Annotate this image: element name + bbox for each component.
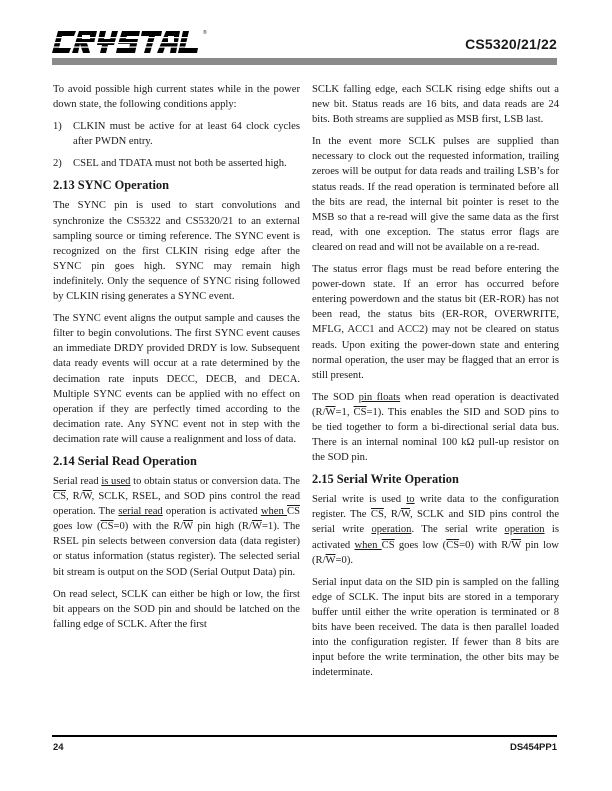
page-number: 24	[53, 742, 64, 753]
underlined-text: to	[406, 494, 414, 505]
cs-bar-signal: CS	[382, 540, 395, 551]
sync-paragraph-2: The SYNC event aligns the output sample …	[53, 311, 300, 447]
underlined-text: serial read	[118, 506, 162, 517]
w-bar-signal: W	[252, 521, 262, 532]
text-run: . The serial write	[411, 524, 504, 535]
cs-bar-signal: CS	[371, 509, 384, 520]
crystal-logo	[52, 31, 202, 53]
underlined-text: operation	[505, 524, 545, 535]
header-divider	[52, 58, 557, 65]
text-run: , R/	[384, 509, 401, 520]
serial-read-paragraph-2: On read select, SCLK can either be high …	[53, 587, 300, 632]
document-title: CS5320/21/22	[465, 36, 557, 52]
footer-divider	[52, 735, 557, 737]
text-run: The SOD	[312, 392, 359, 403]
list-item: 1) CLKIN must be active for at least 64 …	[53, 119, 300, 149]
serial-read-paragraph-5: The status error flags must be read befo…	[312, 262, 559, 383]
list-item: 2) CSEL and TDATA must not both be asser…	[53, 156, 300, 171]
intro-paragraph: To avoid possible high current states wh…	[53, 82, 300, 112]
underlined-text: when	[261, 506, 287, 517]
serial-read-paragraph-1: Serial read is used to obtain status or …	[53, 474, 300, 580]
list-number: 2)	[53, 156, 73, 171]
text-run: , R/	[66, 491, 83, 502]
page-header: ® CS5320/21/22	[52, 28, 557, 68]
w-bar-signal: W	[326, 555, 336, 566]
text-run: operation is activated	[163, 506, 261, 517]
text-run: Serial read	[53, 476, 101, 487]
serial-write-paragraph-2: Serial input data on the SID pin is samp…	[312, 575, 559, 681]
section-heading-serial-read: 2.14 Serial Read Operation	[53, 454, 300, 469]
underlined-text: operation	[371, 524, 411, 535]
list-text: CSEL and TDATA must not both be asserted…	[73, 156, 300, 171]
w-bar-signal: W	[326, 407, 336, 418]
text-run: goes low (	[53, 521, 101, 532]
text-run: Serial write is used	[312, 494, 406, 505]
w-bar-signal: W	[511, 540, 521, 551]
text-run: =0).	[336, 555, 353, 566]
cs-bar-signal: CS	[446, 540, 459, 551]
underlined-text: pin floats	[359, 392, 401, 403]
serial-write-paragraph-1: Serial write is used to write data to th…	[312, 492, 559, 567]
cs-bar-signal: CS	[354, 407, 367, 418]
registered-mark: ®	[203, 30, 207, 36]
serial-read-paragraph-4: In the event more SCLK pulses are suppli…	[312, 134, 559, 255]
text-run: to obtain status or conversion data. The	[130, 476, 300, 487]
list-number: 1)	[53, 119, 73, 149]
text-run: =1,	[336, 407, 354, 418]
w-bar-signal: W	[401, 509, 410, 520]
document-code: DS454PP1	[510, 742, 557, 753]
section-heading-serial-write: 2.15 Serial Write Operation	[312, 472, 559, 487]
w-bar-signal: W	[183, 521, 193, 532]
crystal-logo-icon	[52, 31, 202, 53]
sync-paragraph-1: The SYNC pin is used to start convolutio…	[53, 198, 300, 304]
section-heading-sync: 2.13 SYNC Operation	[53, 178, 300, 193]
serial-read-paragraph-3: SCLK falling edge, each SCLK rising edge…	[312, 82, 559, 127]
cs-bar-signal: CS	[53, 491, 66, 502]
w-bar-signal: W	[83, 491, 92, 502]
right-column: SCLK falling edge, each SCLK rising edge…	[312, 82, 559, 687]
underlined-text: is used	[101, 476, 130, 487]
text-run: pin high (R/	[193, 521, 252, 532]
serial-read-paragraph-6: The SOD pin floats when read operation i…	[312, 390, 559, 465]
cs-bar-signal: CS	[287, 506, 300, 517]
text-run: =0) with the R/	[114, 521, 184, 532]
left-column: To avoid possible high current states wh…	[53, 82, 300, 639]
text-run: goes low (	[395, 540, 447, 551]
list-text: CLKIN must be active for at least 64 clo…	[73, 119, 300, 149]
underlined-text: when	[354, 540, 381, 551]
cs-bar-signal: CS	[101, 521, 114, 532]
text-run: =0) with R/	[459, 540, 511, 551]
